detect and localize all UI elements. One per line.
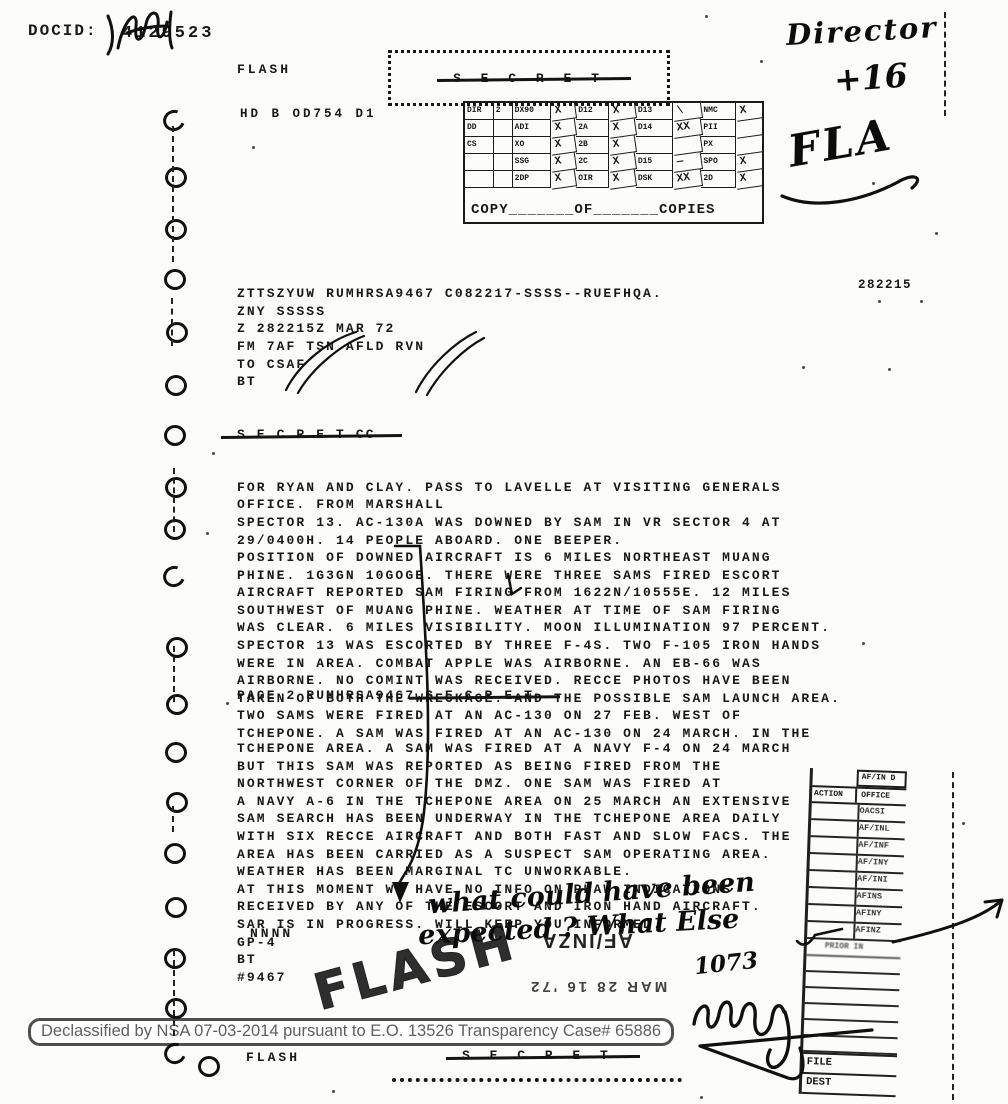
- docid-label: DOCID:: [28, 22, 98, 40]
- toner-speck: [332, 1090, 335, 1093]
- message-line: BT: [237, 373, 841, 391]
- message-line: OFFICE. FROM MARSHALL: [237, 496, 841, 514]
- dist-stamp-cell: OIR: [576, 171, 609, 188]
- binder-ring: [164, 948, 186, 969]
- message-line: WAS CLEAR. 6 MILES VISIBILITY. MOON ILLU…: [237, 619, 841, 637]
- handwritten-fla: FLA: [784, 109, 897, 178]
- toner-speck: [252, 146, 255, 149]
- flash-bottom-label: FLASH: [246, 1050, 300, 1065]
- dist-stamp-cell: X: [735, 169, 763, 189]
- dist-stamp-cell: D15: [636, 154, 673, 171]
- toner-speck: [802, 366, 805, 369]
- distribution-stamp: DIR2DX90XD12XD13\NMCXDDADIX2AXD14XXPIICS…: [463, 101, 764, 224]
- docid-paren-stroke: [108, 16, 113, 54]
- message-line: Z 282215Z MAR 72: [237, 320, 841, 338]
- message-line: ZTTSZYUW RUMHRSA9467 C082217-SSSS--RUEFH…: [237, 285, 841, 303]
- page2-prefix: PAGE 2 RUMHRSA9467: [237, 688, 425, 703]
- dist-stamp-cell: NMC: [701, 103, 736, 120]
- copy-of-copies-line: COPY_______OF_______COPIES: [465, 188, 762, 222]
- secret-banner-box: S E C R E T: [388, 50, 670, 106]
- margin-dash-line: [171, 298, 173, 346]
- margin-dash-line: [173, 468, 175, 532]
- dist-stamp-cell: ADI: [513, 120, 552, 137]
- routing-office: AFINY: [856, 908, 882, 919]
- binder-ring: [164, 843, 186, 864]
- dist-stamp-row: CSXOX2BXPX: [465, 137, 762, 154]
- toner-speck: [212, 452, 215, 455]
- dist-stamp-cell: XO: [513, 137, 552, 154]
- fla-flourish: [782, 177, 917, 203]
- dist-stamp-row: 2DPXOIRXDSKXX2DX: [465, 171, 762, 188]
- margin-dash-line: [173, 950, 175, 1036]
- message-line: PHINE. 1G3GN 10GOGE. THERE WERE THREE SA…: [237, 567, 841, 585]
- dist-stamp-cell: SPO: [701, 154, 736, 171]
- binder-ring: [166, 792, 188, 813]
- message-line: SOUTHWEST OF MUANG PHINE. WEATHER AT TIM…: [237, 602, 841, 620]
- message-line: FOR RYAN AND CLAY. PASS TO LAVELLE AT VI…: [237, 479, 841, 497]
- binder-ring: [164, 519, 186, 540]
- routing-col-office: OFFICE: [857, 789, 906, 805]
- dist-stamp-cell: 2DP: [513, 171, 552, 188]
- toner-speck: [878, 300, 881, 303]
- declassification-banner: Declassified by NSA 07-03-2014 pursuant …: [28, 1022, 674, 1041]
- dist-stamp-cell: D14: [636, 120, 673, 137]
- message-page1-head: ZTTSZYUW RUMHRSA9467 C082217-SSSS--RUEFH…: [237, 285, 841, 391]
- binder-ring: [165, 167, 187, 188]
- message-line: SAM SEARCH HAS BEEN UNDERWAY IN THE TCHE…: [237, 810, 791, 828]
- dist-stamp-cell: DIR: [465, 103, 494, 120]
- routing-col-action: ACTION: [812, 787, 858, 803]
- routing-office: AF/INI: [857, 874, 888, 885]
- dist-stamp-cell: XX: [672, 169, 703, 190]
- toner-speck: [872, 182, 875, 185]
- classification-line: S E C R E T CC: [237, 426, 841, 444]
- routing-office: AFINS: [856, 891, 882, 902]
- binder-ring: [164, 269, 186, 290]
- flash-precedence-label: FLASH: [237, 62, 291, 77]
- routing-corner-label: AF/IN D: [856, 770, 907, 789]
- dist-stamp-row: DIR2DX90XD12XD13\NMCX: [465, 103, 762, 120]
- dist-stamp-cell: [465, 154, 494, 171]
- message-line: AIRCRAFT REPORTED SAM FIRING FROM 1622N/…: [237, 584, 841, 602]
- dist-stamp-cell: D12: [576, 103, 609, 120]
- scanned-document-page: DOCID: 4129523 Director +16 FLA FLASH HD…: [0, 0, 1008, 1104]
- page2-secret: S E C R E T: [425, 687, 534, 705]
- message-line: FM 7AF TSN AFLD RVN: [237, 338, 841, 356]
- toner-speck: [226, 702, 229, 705]
- dist-stamp-cell: [465, 171, 494, 188]
- routing-section2-header: PRIOR IN: [806, 939, 901, 959]
- message-line: WITH SIX RECCE AIRCRAFT AND BOTH FAST AN…: [237, 828, 791, 846]
- message-line: SPECTOR 13. AC-130A WAS DOWNED BY SAM IN…: [237, 514, 841, 532]
- note-arrow: [893, 900, 1002, 942]
- binder-ring: [166, 694, 188, 715]
- routing-action-table: AF/IN D ACTION OFFICE OACSI AF/INL AF/IN…: [799, 768, 907, 1097]
- dist-stamp-cell: X: [608, 169, 637, 190]
- binder-ring: [165, 897, 187, 918]
- toner-speck: [862, 642, 865, 645]
- binder-ring: [160, 562, 189, 590]
- secret-banner-text: S E C R E T: [453, 71, 605, 86]
- routing-office: AFINZ: [855, 925, 881, 936]
- binder-ring: [165, 477, 187, 498]
- right-dash-line: [944, 12, 946, 116]
- dotted-divider: [392, 1078, 682, 1082]
- secret-bottom-text: S E C R E T: [462, 1048, 614, 1063]
- stamp-ring-mark: [198, 1056, 220, 1077]
- dist-stamp-cell: 2: [494, 103, 513, 120]
- page2-header-line: PAGE 2 RUMHRSA9467 S E C R E T: [237, 687, 791, 705]
- dtg-right-margin: 282215: [858, 278, 912, 292]
- binder-ring: [165, 219, 187, 240]
- routing-file-row: FILE: [802, 1052, 897, 1077]
- dist-stamp-cell: PX: [701, 137, 736, 154]
- dist-stamp-cell: DD: [465, 120, 494, 137]
- dist-stamp-cell: D13: [636, 103, 673, 120]
- routing-office: AF/INF: [858, 840, 889, 851]
- dist-stamp-grid: DIR2DX90XD12XD13\NMCXDDADIX2AXD14XXPIICS…: [465, 103, 762, 188]
- message-line: NORTHWEST CORNER OF THE DMZ. ONE SAM WAS…: [237, 775, 791, 793]
- dist-stamp-cell: [494, 154, 513, 171]
- binder-ring: [165, 742, 187, 763]
- routing-office: OACSI: [859, 806, 885, 817]
- margin-dash-line: [172, 806, 174, 832]
- message-line: A NAVY A-6 IN THE TCHEPONE AREA ON 25 MA…: [237, 793, 791, 811]
- message-line: POSITION OF DOWNED AIRCRAFT IS 6 MILES N…: [237, 549, 841, 567]
- binder-ring: [160, 106, 189, 134]
- message-line: TCHEPONE AREA. A SAM WAS FIRED AT A NAVY…: [237, 740, 791, 758]
- toner-speck: [206, 532, 209, 535]
- margin-dash-line: [172, 126, 174, 262]
- message-line: TO CSAF: [237, 356, 841, 374]
- date-received-stamp: MAR 28 16 '72: [528, 978, 667, 995]
- routing-dest-row: DEST: [802, 1074, 897, 1097]
- binder-ring: [164, 425, 186, 446]
- toner-speck: [962, 822, 965, 825]
- right-dash-line: [952, 772, 954, 1100]
- margin-dash-line: [173, 646, 175, 702]
- dist-stamp-cell: 2D: [701, 171, 736, 188]
- toner-speck: [705, 15, 708, 18]
- toner-speck: [888, 368, 891, 371]
- dist-stamp-cell: X: [550, 169, 577, 189]
- binder-ring: [165, 375, 187, 396]
- dist-stamp-cell: [494, 120, 513, 137]
- toner-speck: [700, 1096, 703, 1099]
- binder-ring: [165, 998, 187, 1019]
- docid-number: 4129523: [122, 24, 214, 43]
- dist-stamp-row: DDADIX2AXD14XXPII: [465, 120, 762, 137]
- handwritten-director: Director: [785, 10, 938, 52]
- message-line: 29/0400H. 14 PEOPLE ABOARD. ONE BEEPER.: [237, 532, 841, 550]
- declassification-text: Declassified by NSA 07-03-2014 pursuant …: [28, 1018, 674, 1046]
- dist-stamp-cell: [494, 137, 513, 154]
- binder-ring: [166, 322, 188, 343]
- dist-stamp-cell: 2A: [576, 120, 609, 137]
- dist-stamp-cell: [494, 171, 513, 188]
- dist-stamp-cell: 2C: [576, 154, 609, 171]
- handwritten-plus16: +16: [833, 55, 909, 99]
- dist-stamp-cell: PII: [701, 120, 736, 137]
- secret-bottom: S E C R E T: [462, 1046, 614, 1064]
- dist-stamp-cell: [636, 137, 673, 154]
- dist-stamp-cell: SSG: [513, 154, 552, 171]
- toner-speck: [935, 232, 938, 235]
- message-line: BUT THIS SAM WAS REPORTED AS BEING FIRED…: [237, 758, 791, 776]
- toner-speck: [920, 300, 923, 303]
- office-code: HD B OD754 D1: [240, 107, 377, 121]
- dist-stamp-cell: DX90: [513, 103, 552, 120]
- message-line: ZNY SSSSS: [237, 303, 841, 321]
- dist-stamp-cell: DSK: [636, 171, 673, 188]
- dist-stamp-cell: 2B: [576, 137, 609, 154]
- eom-nnnn: NNNN: [250, 926, 293, 941]
- routing-office: AF/INY: [858, 857, 889, 868]
- toner-speck: [760, 60, 763, 63]
- message-line: AREA HAS BEEN CARRIED AS A SUSPECT SAM O…: [237, 846, 791, 864]
- binder-ring: [166, 637, 188, 658]
- dist-stamp-row: SSGX2CXD15—SPOX: [465, 154, 762, 171]
- secret-cc-text: S E C R E T CC: [237, 426, 376, 444]
- routing-office: AF/INL: [859, 823, 890, 834]
- dist-stamp-cell: CS: [465, 137, 494, 154]
